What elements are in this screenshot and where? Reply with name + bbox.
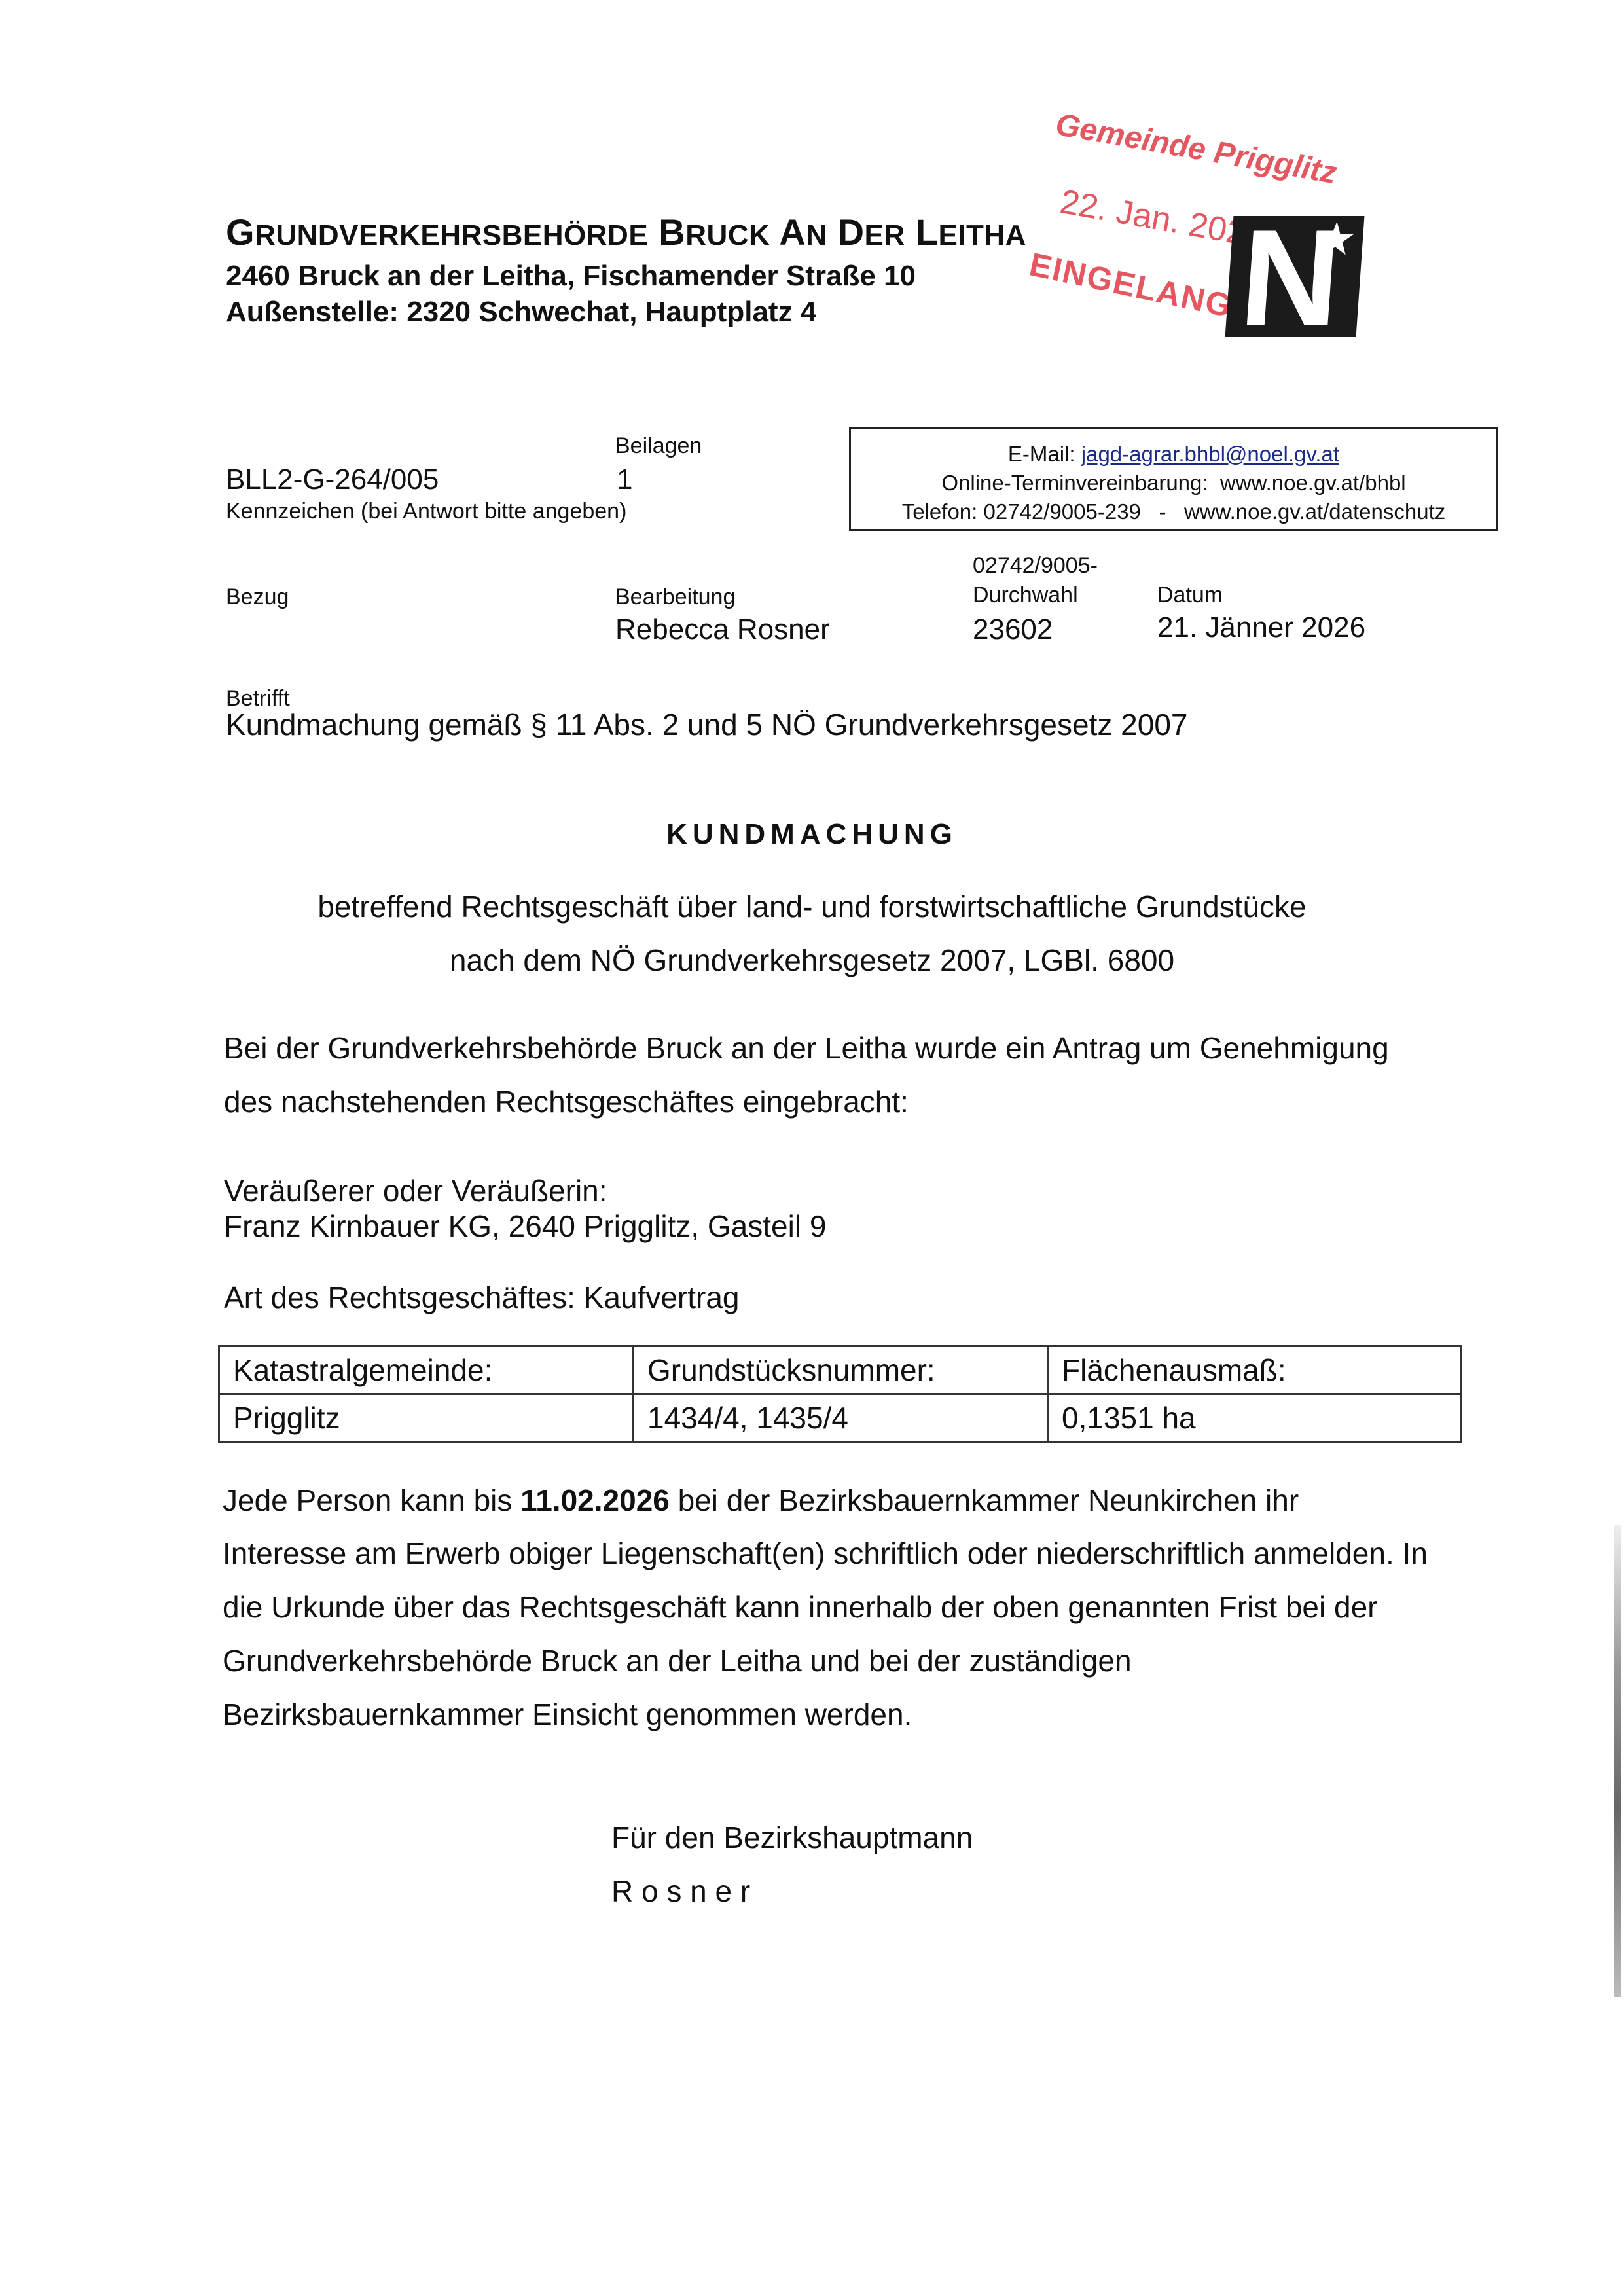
- subject-text: Kundmachung gemäß § 11 Abs. 2 und 5 NÖ G…: [226, 707, 1187, 742]
- table-header-row: Katastralgemeinde: Grundstücksnummer: Fl…: [219, 1346, 1461, 1394]
- durchwahl-label: Durchwahl: [973, 583, 1078, 608]
- signature-name: R o s n e r: [611, 1873, 750, 1909]
- attachments-count: 1: [617, 463, 632, 496]
- authority-name: GRUNDVERKEHRSBEHÖRDE BRUCK AN DER LEITHA: [226, 211, 1026, 253]
- table-cell: 1434/4, 1435/4: [634, 1394, 1048, 1442]
- phone-label: Telefon:: [902, 499, 978, 524]
- table-cell: 0,1351 ha: [1048, 1394, 1461, 1442]
- notice-text: Jede Person kann bis: [223, 1483, 520, 1517]
- phone-number: 02742/9005-239: [984, 499, 1141, 524]
- appointment-label: Online-Terminvereinbarung:: [941, 471, 1208, 495]
- email-label: E-Mail:: [1008, 442, 1075, 466]
- notice-line-3: die Urkunde über das Rechtsgeschäft kann…: [223, 1589, 1377, 1625]
- subtitle-line-2: nach dem NÖ Grundverkehrsgesetz 2007, LG…: [0, 943, 1624, 978]
- appointment-url[interactable]: www.noe.gv.at/bhbl: [1220, 471, 1406, 495]
- transaction-type: Art des Rechtsgeschäftes: Kaufvertrag: [224, 1280, 740, 1315]
- email-row: E-Mail: jagd-agrar.bhbl@noel.gv.at: [851, 440, 1496, 469]
- table-header-cell: Grundstücksnummer:: [634, 1346, 1048, 1394]
- noe-logo-icon: N ★: [1225, 216, 1365, 337]
- received-stamp-status: EINGELANGT: [1026, 245, 1257, 329]
- authority-name-text: GRUNDVERKEHRSBEHÖRDE BRUCK AN DER LEITHA: [226, 211, 1026, 253]
- attachments-label: Beilagen: [615, 433, 702, 459]
- received-stamp-municipality: Gemeinde Prigglitz: [1053, 107, 1340, 192]
- notice-line-4: Grundverkehrsbehörde Bruck an der Leitha…: [223, 1643, 1132, 1678]
- authority-branch: Außenstelle: 2320 Schwechat, Hauptplatz …: [226, 296, 816, 329]
- bezug-label: Bezug: [226, 585, 289, 610]
- intro-line-1: Bei der Grundverkehrsbehörde Bruck an de…: [224, 1030, 1389, 1066]
- datum-value: 21. Jänner 2026: [1157, 611, 1365, 644]
- property-table: Katastralgemeinde: Grundstücksnummer: Fl…: [218, 1345, 1462, 1443]
- separator: -: [1159, 499, 1166, 524]
- table-cell: Prigglitz: [219, 1394, 634, 1442]
- durchwahl-value: 23602: [973, 613, 1053, 646]
- appointment-row: Online-Terminvereinbarung: www.noe.gv.at…: [851, 469, 1496, 497]
- document-title: KUNDMACHUNG: [0, 818, 1624, 851]
- bearbeitung-value: Rebecca Rosner: [615, 613, 830, 646]
- notice-text: bei der Bezirksbauernkammer Neunkirchen …: [670, 1483, 1299, 1517]
- intro-line-2: des nachstehenden Rechtsgeschäftes einge…: [224, 1084, 909, 1119]
- phone-row: Telefon: 02742/9005-239 - www.noe.gv.at/…: [851, 497, 1496, 526]
- datum-label: Datum: [1157, 583, 1223, 608]
- star-icon: ★: [1314, 216, 1358, 262]
- subtitle-line-1: betreffend Rechtsgeschäft über land- und…: [0, 889, 1624, 924]
- email-link[interactable]: jagd-agrar.bhbl@noel.gv.at: [1081, 442, 1339, 466]
- case-number-label: Kennzeichen (bei Antwort bitte angeben): [226, 499, 626, 524]
- seller-label: Veräußerer oder Veräußerin:: [224, 1173, 607, 1208]
- scan-edge-shadow: [1614, 1525, 1621, 1997]
- durchwahl-prefix: 02742/9005-: [973, 553, 1098, 579]
- notice-line-1: Jede Person kann bis 11.02.2026 bei der …: [223, 1483, 1299, 1518]
- notice-line-2: Interesse am Erwerb obiger Liegenschaft(…: [223, 1536, 1428, 1571]
- table-row: Prigglitz 1434/4, 1435/4 0,1351 ha: [219, 1394, 1461, 1442]
- deadline-date: 11.02.2026: [520, 1483, 670, 1517]
- contact-box: E-Mail: jagd-agrar.bhbl@noel.gv.at Onlin…: [849, 427, 1498, 531]
- bearbeitung-label: Bearbeitung: [615, 585, 735, 610]
- authority-address: 2460 Bruck an der Leitha, Fischamender S…: [226, 260, 916, 293]
- privacy-url[interactable]: www.noe.gv.at/datenschutz: [1184, 499, 1445, 524]
- seller-value: Franz Kirnbauer KG, 2640 Prigglitz, Gast…: [224, 1208, 826, 1244]
- notice-line-5: Bezirksbauernkammer Einsicht genommen we…: [223, 1697, 912, 1732]
- case-number: BLL2-G-264/005: [226, 463, 439, 496]
- table-header-cell: Katastralgemeinde:: [219, 1346, 634, 1394]
- signature-on-behalf: Für den Bezirkshauptmann: [611, 1820, 973, 1855]
- table-header-cell: Flächenausmaß:: [1048, 1346, 1461, 1394]
